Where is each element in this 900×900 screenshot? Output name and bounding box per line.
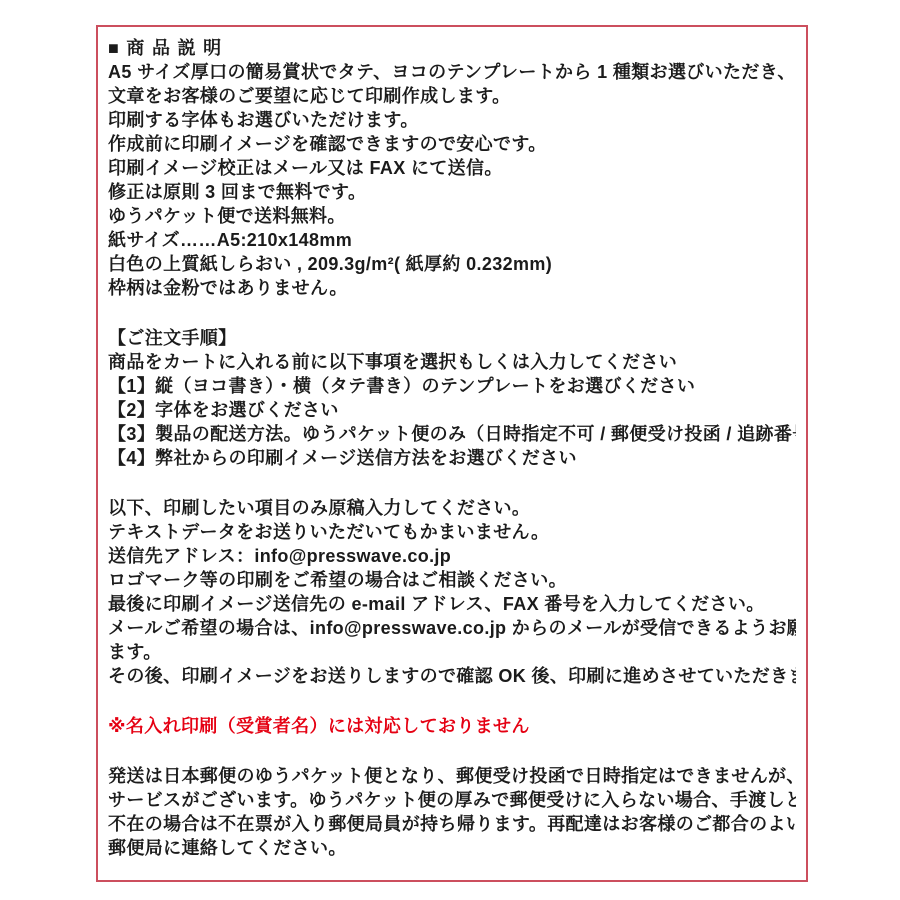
text-line: テキストデータをお送りいただいてもかまいません。 — [108, 520, 796, 544]
order-steps-lines: 【ご注文手順】商品をカートに入れる前に以下事項を選択もしくは入力してください【1… — [108, 326, 796, 470]
text-line: 修正は原則 3 回まで無料です。 — [108, 180, 796, 204]
description-section: ■商品説明 A5 サイズ厚口の簡易賞状でタテ、ヨコのテンプレートから 1 種類お… — [108, 36, 796, 300]
name-print-warning: ※名入れ印刷（受賞者名）には対応しておりません — [108, 714, 796, 738]
text-line: サービスがございます。ゆうパケット便の厚みで郵便受けに入らない場合、手渡しとなり… — [108, 788, 796, 812]
text-line: ゆうパケット便で送料無料。 — [108, 204, 796, 228]
text-line: メールご希望の場合は、info@presswave.co.jp からのメールが受… — [108, 616, 796, 640]
text-line: 【2】字体をお選びください — [108, 398, 796, 422]
description-lines: A5 サイズ厚口の簡易賞状でタテ、ヨコのテンプレートから 1 種類お選びいただき… — [108, 60, 796, 300]
text-line: 不在の場合は不在票が入り郵便局員が持ち帰ります。再配達はお客様のご都合のよい日時… — [108, 812, 796, 836]
text-line: 商品をカートに入れる前に以下事項を選択もしくは入力してください — [108, 350, 796, 374]
manuscript-instructions-lines: 以下、印刷したい項目のみ原稿入力してください。テキストデータをお送りいただいても… — [108, 496, 796, 688]
text-line: 文章をお客様のご要望に応じて印刷作成します。 — [108, 84, 796, 108]
shipping-info-lines: 発送は日本郵便のゆうパケット便となり、郵便受け投函で日時指定はできませんが、追跡… — [108, 764, 796, 860]
text-line: 送信先アドレス：info@presswave.co.jp — [108, 544, 796, 568]
name-print-warning-section: ※名入れ印刷（受賞者名）には対応しておりません — [108, 714, 796, 738]
text-line: 枠柄は金粉ではありません。 — [108, 276, 796, 300]
text-line: 【4】弊社からの印刷イメージ送信方法をお選びください — [108, 446, 796, 470]
text-line: 【3】製品の配送方法。ゆうパケット便のみ（日時指定不可 / 郵便受け投函 / 追… — [108, 422, 796, 446]
text-line: 白色の上質紙しらおい , 209.3g/m²( 紙厚約 0.232mm) — [108, 252, 796, 276]
product-description-panel: ■商品説明 A5 サイズ厚口の簡易賞状でタテ、ヨコのテンプレートから 1 種類お… — [96, 25, 808, 882]
text-line: 【1】縦（ヨコ書き）・横（タテ書き）のテンプレートをお選びください — [108, 374, 796, 398]
text-line: A5 サイズ厚口の簡易賞状でタテ、ヨコのテンプレートから 1 種類お選びいただき… — [108, 60, 796, 84]
text-line: 発送は日本郵便のゆうパケット便となり、郵便受け投函で日時指定はできませんが、追跡 — [108, 764, 796, 788]
text-line: ロゴマーク等の印刷をご希望の場合はご相談ください。 — [108, 568, 796, 592]
text-line: 最後に印刷イメージ送信先の e-mail アドレス、FAX 番号を入力してくださ… — [108, 592, 796, 616]
text-line: ます。 — [108, 640, 796, 664]
text-line: 郵便局に連絡してください。 — [108, 836, 796, 860]
text-line: 印刷する字体もお選びいただけます。 — [108, 108, 796, 132]
order-steps-section: 【ご注文手順】商品をカートに入れる前に以下事項を選択もしくは入力してください【1… — [108, 326, 796, 470]
text-line: 紙サイズ……A5:210x148mm — [108, 228, 796, 252]
text-line: 【ご注文手順】 — [108, 326, 796, 350]
text-line: その後、印刷イメージをお送りしますので確認 OK 後、印刷に進めさせていただきま… — [108, 664, 796, 688]
text-line: 以下、印刷したい項目のみ原稿入力してください。 — [108, 496, 796, 520]
shipping-info-section: 発送は日本郵便のゆうパケット便となり、郵便受け投函で日時指定はできませんが、追跡… — [108, 764, 796, 860]
text-line: 作成前に印刷イメージを確認できますので安心です。 — [108, 132, 796, 156]
manuscript-instructions-section: 以下、印刷したい項目のみ原稿入力してください。テキストデータをお送りいただいても… — [108, 496, 796, 688]
text-line: 印刷イメージ校正はメール又は FAX にて送信。 — [108, 156, 796, 180]
product-description-heading: ■商品説明 — [108, 36, 796, 60]
product-description-content: ■商品説明 A5 サイズ厚口の簡易賞状でタテ、ヨコのテンプレートから 1 種類お… — [98, 27, 806, 869]
page-background: ■商品説明 A5 サイズ厚口の簡易賞状でタテ、ヨコのテンプレートから 1 種類お… — [0, 0, 900, 900]
